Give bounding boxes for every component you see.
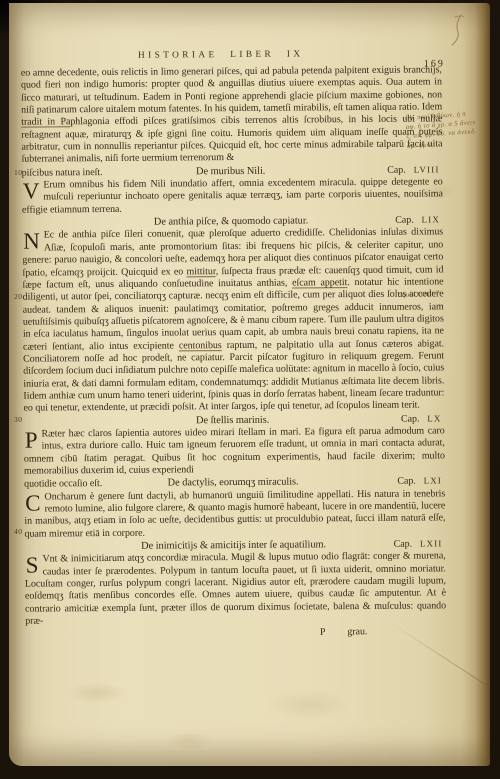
chapter-cap-label: Cap.: [401, 413, 420, 424]
hand-underlined-text: mittitur: [186, 266, 215, 277]
chapter-caption: Cap.LX: [269, 412, 444, 427]
paragraph: SVnt & inimicitiarum atqʒ concordiæ mira…: [25, 551, 447, 628]
section-heading: De muribus Nili.: [196, 165, 265, 178]
drop-cap-initial: S: [25, 554, 43, 576]
drop-cap-initial: C: [24, 491, 44, 513]
paragraph: VErum omnibus his fidem Nili inundatio a…: [22, 176, 443, 216]
margin-line-number: 40: [14, 527, 23, 536]
book-photo: lib. περὶ ἰχθύων. ἡ παφ. ἡ το ἄ χρ. α 5 …: [0, 0, 500, 779]
chapter-cap-label: Cap.: [387, 164, 406, 175]
pen-flourish-icon: [447, 13, 469, 47]
paragraph: PRæter hæc claros ſapientia autores uide…: [24, 425, 445, 478]
text-block: HISTORIAE LIBER IX 169 eo amne decedente…: [21, 41, 447, 644]
paragraph-last-line: [22, 225, 154, 226]
paragraph-last-line: quotidie occaſio eſt.: [24, 478, 168, 491]
folio-page-number: 169: [424, 58, 445, 71]
chapter-roman-numeral: LX: [427, 413, 441, 423]
section-heading: De dactylis, eorumqʒ miraculis.: [168, 477, 299, 490]
running-head: HISTORIAE LIBER IX 169: [21, 41, 442, 67]
chapter-roman-numeral: LVIII: [414, 164, 440, 174]
chapter-cap-label: Cap.: [394, 539, 413, 550]
book-page: lib. περὶ ἰχθύων. ἡ παφ. ἡ το ἄ χρ. α 5 …: [9, 3, 490, 766]
paragraph: NEc de anthia piſce ſileri conuenit, quæ…: [22, 227, 444, 415]
paragraph-last-line: [25, 549, 142, 550]
gathering-signature-mark: P: [320, 627, 326, 639]
chapter-roman-numeral: LXI: [424, 476, 442, 486]
text-column: eo amne decedente, ouis relictis in limo…: [21, 64, 447, 644]
margin-line-number: 20: [14, 292, 23, 301]
running-head-title: HISTORIAE LIBER IX: [138, 48, 304, 62]
paragraph-last-line: [24, 423, 196, 424]
paragraph: eo amne decedente, ouis relictis in limo…: [21, 64, 443, 166]
chapter-roman-numeral: LIX: [422, 214, 440, 224]
drop-cap-initial: P: [24, 428, 42, 450]
hand-underlined-text: tradit in Pa: [21, 117, 70, 128]
chapter-cap-label: Cap.: [397, 476, 416, 487]
drop-cap-initial: N: [22, 230, 44, 252]
margin-line-number: 30: [14, 415, 23, 424]
drop-cap-initial: V: [22, 180, 44, 202]
catchword: grau.: [347, 627, 367, 640]
signature-row: Pgrau.: [25, 626, 446, 646]
paragraph: COncharum è genere ſunt dactyli, ab huma…: [24, 488, 445, 541]
hand-underlined-text: centonibus: [179, 340, 222, 351]
chapter-roman-numeral: LXII: [420, 538, 443, 548]
chapter-cap-label: Cap.: [395, 215, 414, 226]
section-heading: De ſtellis marinis.: [196, 414, 269, 427]
chapter-caption: Cap.LXI: [299, 475, 446, 489]
hand-underlined-text: eſcam appetit: [292, 277, 347, 288]
